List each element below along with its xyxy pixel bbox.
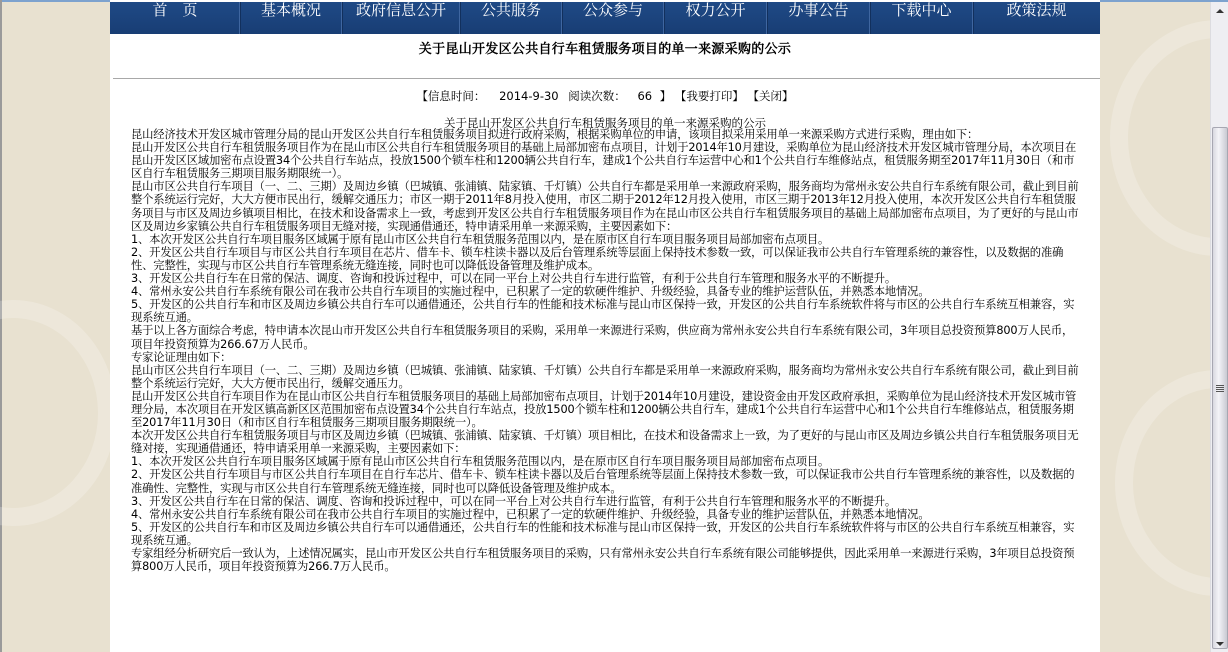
arrow-up-icon: [1216, 9, 1224, 13]
views-value: 66: [637, 89, 652, 103]
meta-close-bracket: 】: [660, 89, 672, 103]
article-paragraph: 昆山经济技术开发区城市管理分局的昆山开发区公共自行车租赁服务项目拟进行政府采购，…: [131, 128, 1081, 141]
scroll-down-button[interactable]: [1211, 635, 1228, 652]
grip-icon: [1216, 385, 1224, 392]
vertical-scrollbar[interactable]: [1210, 2, 1228, 652]
nav-item[interactable]: 下载中心: [870, 2, 973, 34]
article-paragraph: 昆山开发区公共自行车项目作为在昆山市区公共自行车租赁服务项目的基础上局部加密布点…: [131, 390, 1081, 429]
article-paragraph: 专家论证理由如下：: [131, 351, 1081, 364]
time-value: 2014-9-30: [499, 89, 559, 103]
article-paragraph: 4、常州永安公共自行车系统有限公司在我市公共自行车项目的实施过程中，已积累了一定…: [131, 508, 1081, 521]
article-paragraph: 基于以上各方面综合考虑，特申请本次昆山市开发区公共自行车租赁服务项目的采购，采用…: [131, 324, 1081, 350]
nav-item[interactable]: 权力公开: [664, 2, 767, 34]
nav-item[interactable]: 办事公告: [767, 2, 870, 34]
article-paragraph: 5、开发区的公共自行车和市区及周边乡镇公共自行车可以通借通还，公共自行车的性能和…: [131, 298, 1081, 324]
nav-item[interactable]: 公共服务: [460, 2, 562, 34]
article-paragraph: 5、开发区的公共自行车和市区及周边乡镇公共自行车可以通借通还，公共自行车的性能和…: [131, 521, 1081, 547]
article-paragraph: 昆山开发区公共自行车租赁服务项目作为在昆山市区公共自行车租赁服务项目的基础上局部…: [131, 141, 1081, 180]
close-link[interactable]: 【关闭】: [748, 89, 794, 103]
article-paragraph: 2、开发区公共自行车项目与市区公共自行车项目在芯片、借车卡、锁车柱读卡器以及后台…: [131, 246, 1081, 272]
nav-item[interactable]: 基本概况: [240, 2, 342, 34]
nav-item[interactable]: 公众参与: [562, 2, 664, 34]
views-label: 阅读次数：: [568, 89, 626, 103]
article-paragraph: 专家组经分析研究后一致认为，上述情况属实，昆山市开发区公共自行车租赁服务项目的采…: [131, 547, 1081, 573]
article-paragraph: 3、开发区公共自行车在日常的保洁、调度、咨询和投诉过程中，可以在同一平台上对公共…: [131, 495, 1081, 508]
article-paragraph: 4、常州永安公共自行车系统有限公司在我市公共自行车项目的实施过程中，已积累了一定…: [131, 285, 1081, 298]
title-divider: [113, 78, 1100, 79]
scrollbar-thumb[interactable]: [1212, 127, 1228, 649]
article-paragraph: 2、开发区公共自行车项目与市区公共自行车项目在自行车芯片、借车卡、锁车柱读卡器以…: [131, 468, 1081, 494]
nav-item[interactable]: 首 页: [110, 2, 240, 34]
time-label: 【信息时间：: [416, 89, 485, 103]
article-paragraph: 昆山市区公共自行车项目（一、二、三期）及周边乡镇（巴城镇、张浦镇、陆家镇、千灯镇…: [131, 364, 1081, 390]
arrow-down-icon: [1216, 642, 1224, 646]
background-decoration: [0, 300, 116, 526]
print-link[interactable]: 【我要打印】: [675, 89, 744, 103]
article-paragraph: 1、本次开发区公共自行车项目服务区域属于原有昆山市区公共自行车租赁服务范围以内，…: [131, 233, 1081, 246]
article-paragraph: 本次开发区公共自行车租赁服务项目与市区及周边乡镇（巴城镇、张浦镇、陆家镇、千灯镇…: [131, 429, 1081, 455]
scroll-up-button[interactable]: [1211, 2, 1228, 19]
page-title: 关于昆山开发区公共自行车租赁服务项目的单一来源采购的公示: [110, 38, 1100, 57]
content-page: 首 页基本概况政府信息公开公共服务公众参与权力公开办事公告下载中心政策法规 关于…: [110, 0, 1100, 652]
article-body: 昆山经济技术开发区城市管理分局的昆山开发区公共自行车租赁服务项目拟进行政府采购，…: [131, 128, 1081, 573]
nav-item[interactable]: 政策法规: [973, 2, 1100, 34]
article-meta: 【信息时间： 2014-9-30 阅读次数： 66 】 【我要打印】 【关闭】: [110, 88, 1100, 104]
main-nav: 首 页基本概况政府信息公开公共服务公众参与权力公开办事公告下载中心政策法规: [110, 2, 1100, 34]
article-paragraph: 昆山市区公共自行车项目（一、二、三期）及周边乡镇（巴城镇、张浦镇、陆家镇、千灯镇…: [131, 180, 1081, 232]
article-paragraph: 3、开发区公共自行车在日常的保洁、调度、咨询和投诉过程中，可以在同一平台上对公共…: [131, 272, 1081, 285]
article-paragraph: 1、本次开发区公共自行车项目服务区域属于原有昆山市区公共自行车租赁服务范围以内，…: [131, 455, 1081, 468]
nav-item[interactable]: 政府信息公开: [342, 2, 460, 34]
